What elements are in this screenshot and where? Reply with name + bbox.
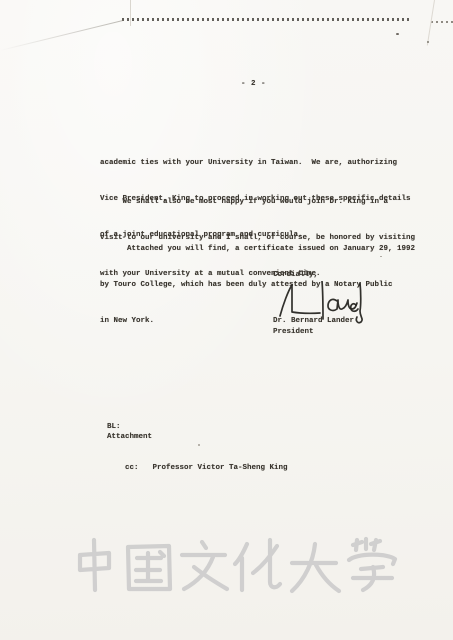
paragraph-line: We shall also be most happy if you would… [100, 196, 415, 208]
scanned-letter-page: - 2 - academic ties with your University… [0, 0, 453, 640]
cc-label: cc: [125, 464, 139, 472]
scan-dashed-tape-line-right [431, 21, 453, 23]
cc-recipient: Professor Victor Ta-Sheng King [153, 464, 288, 472]
ink-speck [396, 33, 399, 35]
watermark-chinese-culture-university [68, 529, 403, 599]
ink-speck [198, 444, 200, 446]
page-number: - 2 - [241, 78, 266, 90]
enclosure-note: Attachment [107, 431, 152, 443]
ink-speck [427, 41, 429, 43]
paragraph-line: Attached you will find, a certificate is… [100, 243, 415, 255]
scan-dashed-tape-line [122, 18, 412, 21]
cc-line: cc:Professor Victor Ta-Sheng King [107, 450, 288, 486]
crease-diagonal-line [0, 20, 124, 51]
closing-salutation: Cordially, [273, 269, 318, 281]
paragraph-line: academic ties with your University in Ta… [100, 157, 411, 169]
crease-vertical-top [130, 0, 131, 26]
signer-title: President [273, 326, 314, 338]
